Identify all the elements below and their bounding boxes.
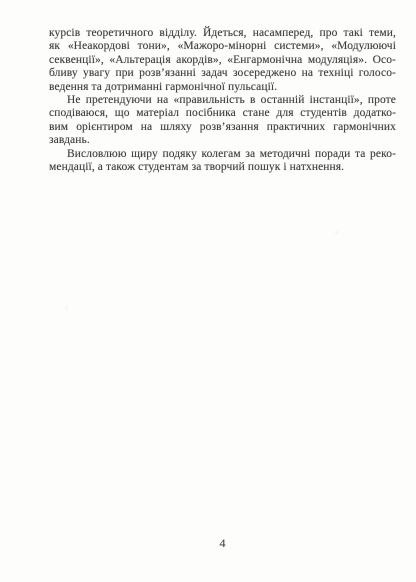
paragraph: Не претендуючи на «правильність в останн… [49, 94, 396, 148]
text-line: як «Неакордові тони», «Мажоро-мінорні си… [49, 40, 396, 53]
text-line: завдань. [49, 134, 396, 147]
text-line: бливу увагу при розв’язанні задач зосере… [49, 67, 396, 80]
text-line: Висловлюю щиру подяку колегам за методич… [49, 148, 396, 161]
text-line: секвенції», «Альтерація акордів», «Енгар… [49, 54, 396, 67]
text-line: курсів теоретичного відділу. Йдеться, на… [49, 27, 396, 40]
text-line: мендації, а також студентам за творчий п… [49, 161, 396, 174]
page-number: 4 [49, 536, 396, 551]
text-line: Не претендуючи на «правильність в останн… [49, 94, 396, 107]
text-line: вим орієнтиром на шляху розв’язання прак… [49, 121, 396, 134]
text-block: курсів теоретичного відділу. Йдеться, на… [49, 27, 396, 174]
text-line: ведення та дотриманні гармонічної пульса… [49, 81, 396, 94]
book-page: курсів теоретичного відділу. Йдеться, на… [0, 0, 416, 582]
paragraph: Висловлюю щиру подяку колегам за методич… [49, 148, 396, 175]
paragraph: курсів теоретичного відділу. Йдеться, на… [49, 27, 396, 94]
text-line: сподіваюся, що матеріал посібника стане … [49, 107, 396, 120]
